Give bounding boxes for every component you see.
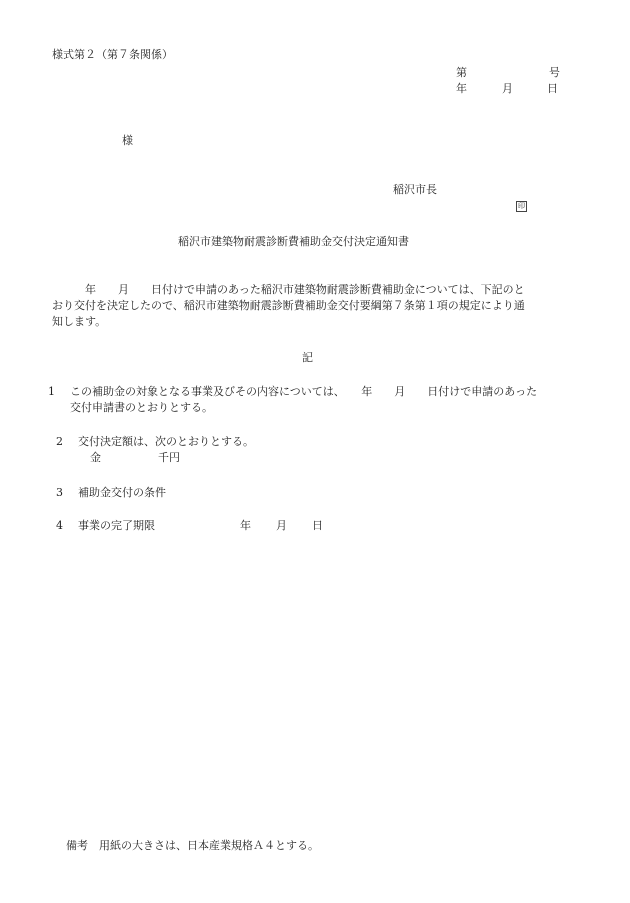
document-title: 稲沢市建築物耐震診断費補助金交付決定通知書 [178, 234, 409, 250]
item-2-number: 2 [56, 434, 63, 450]
item-3-number: 3 [56, 485, 63, 501]
item-2-line-1: 交付決定額は、次のとおりとする。 [78, 434, 254, 450]
document-number-suffix: 号 [549, 65, 560, 81]
body-line-1: 年 月 日付けで申請のあった稲沢市建築物耐震診断費補助金については、下記のと [52, 282, 525, 298]
item-4-number: 4 [56, 518, 63, 534]
item-4-year: 年 [240, 518, 251, 534]
item-4-line-1: 事業の完了期限 [78, 518, 155, 534]
body-line-3: 知します。 [52, 314, 106, 330]
body-line-2: おり交付を決定したので、稲沢市建築物耐震診断費補助金交付要綱第７条第１項の規定に… [52, 298, 525, 314]
item-2-amount-unit: 千円 [158, 450, 180, 466]
document-number-prefix: 第 [456, 65, 467, 81]
item-4-day: 日 [312, 518, 323, 534]
item-1-line-2: 交付申請書のとおりとする。 [70, 400, 213, 416]
form-label: 様式第２（第７条関係） [52, 47, 173, 63]
seal-mark: 印 [509, 182, 527, 214]
note: 備考 用紙の大きさは、日本産業規格Ａ４とする。 [66, 838, 319, 854]
date-day: 日 [547, 81, 558, 97]
item-2-amount-prefix: 金 [90, 450, 101, 466]
date-year: 年 [456, 81, 467, 97]
item-4-month: 月 [276, 518, 287, 534]
item-1-number: 1 [48, 384, 55, 400]
seal-icon: 印 [516, 201, 527, 212]
item-1-line-1: この補助金の対象となる事業及びその内容については、 年 月 日付けで申請のあった [70, 384, 537, 400]
sender-title: 稲沢市長 [393, 182, 437, 198]
item-3-line-1: 補助金交付の条件 [78, 485, 166, 501]
ki-heading: 記 [302, 350, 313, 366]
date-month: 月 [502, 81, 513, 97]
addressee-suffix: 様 [122, 133, 133, 149]
